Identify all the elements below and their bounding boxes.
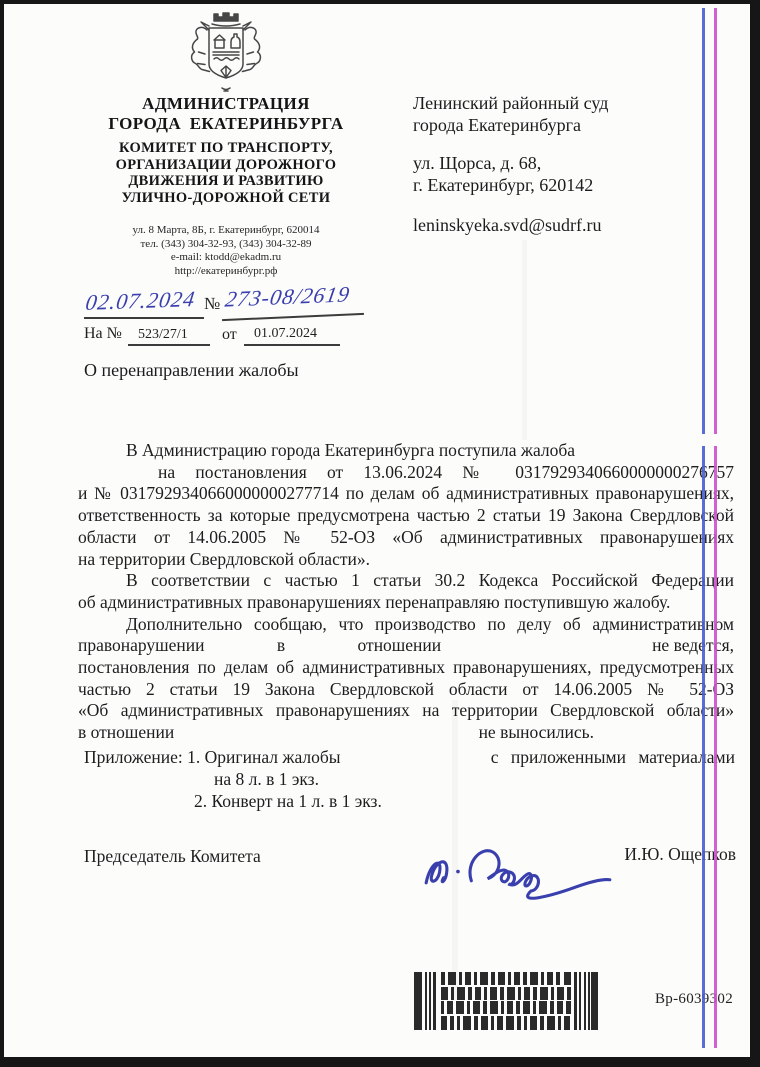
- committee-line: ДВИЖЕНИЯ И РАЗВИТИЮ: [66, 173, 386, 190]
- committee-line: КОМИТЕТ ПО ТРАНСПОРТУ,: [66, 140, 386, 157]
- recipient-name: Ленинский районный суд города Екатеринбу…: [413, 92, 713, 136]
- body-line: и № 0317929340660000000277714 по делам о…: [78, 483, 734, 505]
- committee-line: УЛИЧНО-ДОРОЖНОЙ СЕТИ: [66, 190, 386, 207]
- org-phone: тел. (343) 304-32-93, (343) 304-32-89: [66, 238, 386, 252]
- body-line: об административных правонарушениях пере…: [78, 592, 734, 614]
- attachment-item-1: Приложение: 1. Оригинал жалобы с приложе…: [84, 746, 735, 768]
- attachment-block: Приложение: 1. Оригинал жалобы с приложе…: [84, 746, 735, 812]
- attachment-item-2: 2. Конверт на 1 л. в 1 экз.: [84, 790, 735, 812]
- signer-position: Председатель Комитета: [84, 846, 261, 867]
- incoming-number: 523/27/1: [138, 327, 188, 343]
- body-line: на постановления от 13.06.2024 № 0317929…: [78, 462, 734, 484]
- body-line: постановления по делам об административн…: [78, 657, 734, 679]
- form-line: [128, 344, 210, 346]
- committee-line: ОРГАНИЗАЦИИ ДОРОЖНОГО: [66, 157, 386, 174]
- body-line: в отношении не выносились.: [78, 722, 734, 744]
- incoming-date: 01.07.2024: [254, 326, 317, 342]
- org-address: ул. 8 Марта, 8Б, г. Екатеринбург, 620014…: [66, 224, 386, 278]
- body-line: В Администрацию города Екатеринбурга пос…: [78, 440, 734, 462]
- incoming-ref-label: На №: [84, 325, 122, 343]
- body-line-left: правонарушении в отношении: [78, 635, 441, 657]
- recipient-line: ул. Щорса, д. 68,: [413, 152, 713, 174]
- org-address-line: ул. 8 Марта, 8Б, г. Екатеринбург, 620014: [66, 224, 386, 238]
- form-line: [84, 317, 204, 319]
- org-name-line1: АДМИНИСТРАЦИЯ: [66, 94, 386, 114]
- org-email: e-mail: ktodd@ekadm.ru: [66, 251, 386, 265]
- outgoing-date-handwritten: 02.07.2024: [84, 286, 197, 316]
- letter-body: В Администрацию города Екатеринбурга пос…: [78, 440, 734, 744]
- attachment-item-1-left: Приложение: 1. Оригинал жалобы: [84, 746, 341, 768]
- body-line: области от 14.06.2005 № 52-ОЗ «Об админи…: [78, 527, 734, 549]
- recipient-line: Ленинский районный суд: [413, 92, 713, 114]
- body-line: частью 2 статьи 19 Закона Свердловской о…: [78, 679, 734, 701]
- org-website: http://екатеринбург.рф: [66, 265, 386, 279]
- org-name-line2: ГОРОДА ЕКАТЕРИНБУРГА: [66, 114, 386, 134]
- barcode: [414, 972, 598, 1030]
- committee-name: КОМИТЕТ ПО ТРАНСПОРТУ, ОРГАНИЗАЦИИ ДОРОЖ…: [66, 140, 386, 206]
- body-line: ответственность за которые предусмотрена…: [78, 505, 734, 527]
- scan-streak: [522, 240, 527, 440]
- recipient-line: города Екатеринбурга: [413, 114, 713, 136]
- body-line-left: в отношении: [78, 722, 174, 744]
- scan-line-magenta: [714, 8, 717, 1048]
- form-line: [244, 344, 340, 346]
- body-line: В соответствии с частью 1 статьи 30.2 Ко…: [78, 570, 734, 592]
- number-sign: №: [204, 294, 220, 314]
- attachment-item-1-right: с приложенными материалами: [491, 746, 735, 768]
- body-line: Дополнительно сообщаю, что производство …: [78, 614, 734, 636]
- body-line: на территории Свердловской области».: [78, 549, 734, 571]
- barcode-label: Вр-6039302: [655, 991, 733, 1008]
- scan-line-blue: [702, 8, 705, 1048]
- recipient-address: ул. Щорса, д. 68, г. Екатеринбург, 62014…: [413, 152, 713, 196]
- body-line: правонарушении в отношении не ведется,: [78, 635, 734, 657]
- recipient-email-line: leninskyeka.svd@sudrf.ru: [413, 214, 713, 236]
- attachment-item-1-line2: на 8 л. в 1 экз.: [84, 768, 735, 790]
- subject-line: О перенаправлении жалобы: [84, 360, 299, 381]
- body-line-right: не выносились.: [479, 722, 594, 744]
- signature: [420, 831, 615, 909]
- scanned-document: АДМИНИСТРАЦИЯ ГОРОДА ЕКАТЕРИНБУРГА КОМИТ…: [0, 0, 760, 1067]
- coat-of-arms-icon: [181, 8, 271, 92]
- recipient-email: leninskyeka.svd@sudrf.ru: [413, 214, 713, 236]
- from-label: от: [222, 326, 237, 344]
- recipient-line: г. Екатеринбург, 620142: [413, 174, 713, 196]
- org-name: АДМИНИСТРАЦИЯ ГОРОДА ЕКАТЕРИНБУРГА: [66, 94, 386, 133]
- body-line: «Об административных правонарушениях на …: [78, 700, 734, 722]
- body-line-right: не ведется,: [652, 635, 734, 657]
